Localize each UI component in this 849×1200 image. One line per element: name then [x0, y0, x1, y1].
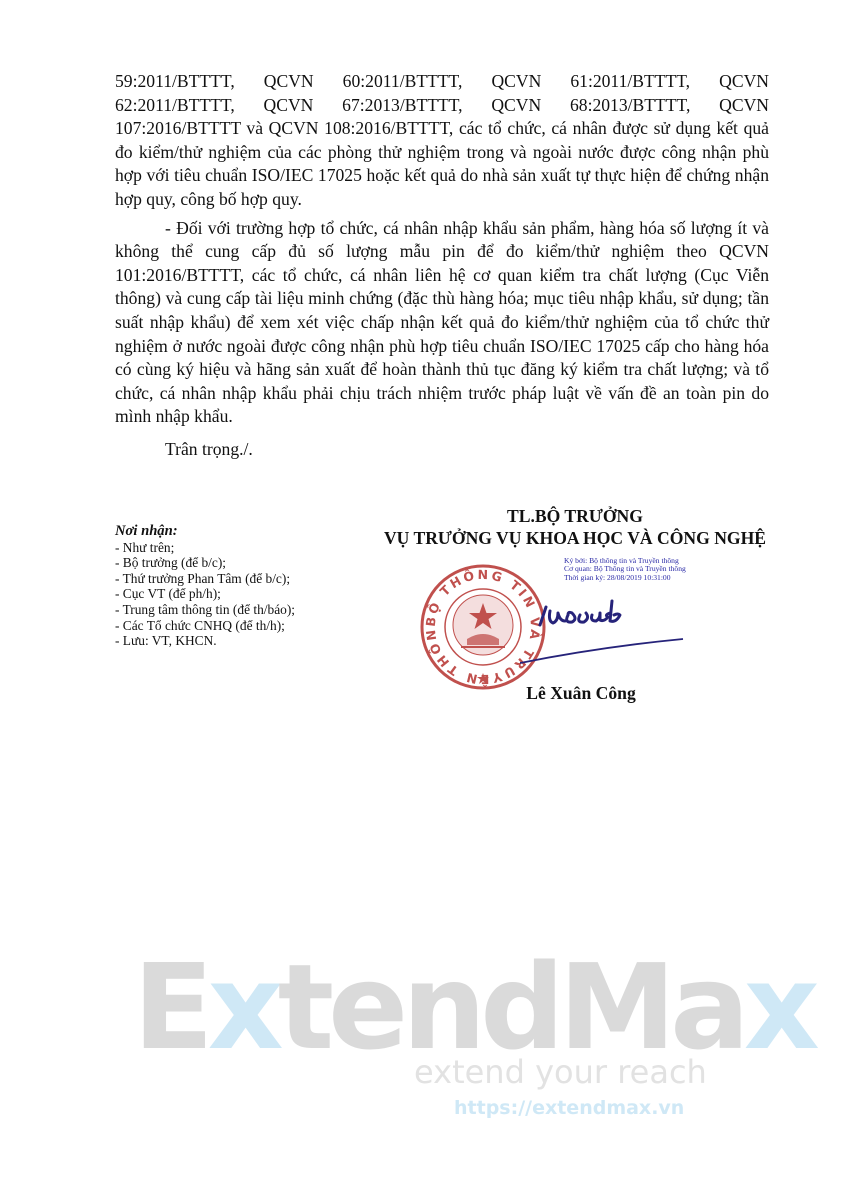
paragraph-import-exception: - Đối với trường hợp tổ chức, cá nhân nh…: [115, 217, 769, 429]
paragraph-standards: 59:2011/BTTTT, QCVN 60:2011/BTTTT, QCVN …: [115, 70, 769, 212]
signatory-position: VỤ TRƯỞNG VỤ KHOA HỌC VÀ CÔNG NGHỆ: [360, 527, 790, 549]
watermark-logo-part: E: [133, 938, 208, 1076]
digital-sign-time: Thời gian ký: 28/08/2019 10:31:00: [564, 574, 686, 582]
closing-salutation: Trân trọng./.: [115, 438, 769, 462]
recipient-item: - Cục VT (để ph/h);: [115, 586, 295, 602]
recipient-item: - Như trên;: [115, 540, 295, 556]
watermark-logo: ExtendMax: [133, 948, 814, 1066]
watermark-logo-accent: x: [744, 938, 814, 1076]
signer-name: Lê Xuân Công: [360, 683, 790, 704]
recipient-item: - Các Tổ chức CNHQ (để th/h);: [115, 618, 295, 634]
watermark-logo-accent: x: [208, 938, 278, 1076]
recipients-title: Nơi nhận:: [115, 524, 295, 540]
recipients-list: - Như trên; - Bộ trưởng (để b/c); - Thứ …: [115, 540, 295, 649]
digital-signature-info: Ký bởi: Bộ thông tin và Truyền thông Cơ …: [564, 557, 686, 582]
recipients-block: Nơi nhận: - Như trên; - Bộ trưởng (để b/…: [115, 524, 295, 649]
watermark-tagline: extend your reach: [414, 1053, 707, 1091]
recipient-item: - Lưu: VT, KHCN.: [115, 633, 295, 649]
signatory-authority: TL.BỘ TRƯỞNG: [360, 505, 790, 527]
recipient-item: - Bộ trưởng (để b/c);: [115, 555, 295, 571]
watermark-url: https://extendmax.vn: [454, 1097, 684, 1119]
recipient-item: - Thứ trưởng Phan Tâm (để b/c);: [115, 571, 295, 587]
letter-body: 59:2011/BTTTT, QCVN 60:2011/BTTTT, QCVN …: [115, 70, 769, 462]
document-page: 59:2011/BTTTT, QCVN 60:2011/BTTTT, QCVN …: [0, 0, 849, 1200]
signatory-title-block: TL.BỘ TRƯỞNG VỤ TRƯỞNG VỤ KHOA HỌC VÀ CÔ…: [360, 505, 790, 549]
recipient-item: - Trung tâm thông tin (để th/báo);: [115, 602, 295, 618]
handwritten-signature-icon: [520, 585, 700, 665]
